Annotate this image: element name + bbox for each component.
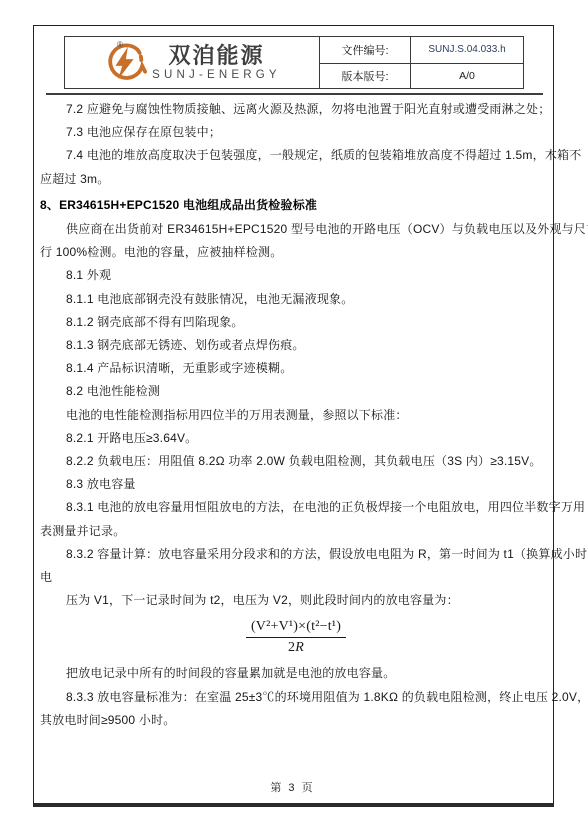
doc-number-label: 文件编号: xyxy=(320,37,410,63)
doc-line: 应超过 3m。 xyxy=(38,168,554,191)
doc-line: 压为 V1，下一记录时间为 t2，电压为 V2，则此段时间内的放电容量为： xyxy=(38,589,554,612)
header-divider-line xyxy=(46,93,543,95)
logo-swirl-lightning-icon xyxy=(103,40,147,86)
doc-line: 8.3.1 电池的放电容量用恒阻放电的方法，在电池的正负极焊接一个电阻放电，用四… xyxy=(38,496,554,519)
brand-name-en: SUNJ-ENERGY xyxy=(152,69,281,81)
doc-line: 电池的电性能检测指标用四位半的万用表测量，参照以下标准： xyxy=(38,404,554,427)
brand-text: 双洎能源 SUNJ-ENERGY xyxy=(152,44,281,81)
doc-line: 8.1.2 钢壳底部不得有凹陷现象。 xyxy=(38,311,554,334)
doc-line: 其放电时间≥9500 小时。 xyxy=(38,709,554,732)
doc-line: 8.1 外观 xyxy=(38,264,554,287)
brand-name-cn: 双洎能源 xyxy=(168,44,264,67)
doc-number-value: SUNJ.S.04.033.h xyxy=(410,37,523,63)
discharge-capacity-formula: (V²+V¹)×(t²−t¹)2R xyxy=(38,612,554,662)
doc-line: 表测量并记录。 xyxy=(38,520,554,543)
page-number: 第 3 页 xyxy=(33,779,552,795)
version-value: A/0 xyxy=(410,63,523,89)
company-logo: ® 双洎能源 SUNJ-ENERGY xyxy=(65,37,320,88)
doc-line: 8.1.1 电池底部钢壳没有鼓胀情况，电池无漏液现象。 xyxy=(38,288,554,311)
doc-line: 电 xyxy=(38,566,554,589)
doc-line: 8.3 放电容量 xyxy=(38,473,554,496)
doc-line: 8.3.2 容量计算：放电容量采用分段求和的方法，假设放电电阻为 R，第一时间为… xyxy=(38,543,554,566)
document-body: 7.2 应避免与腐蚀性物质接触、远离火源及热源，勿将电池置于阳光直射或遭受雨淋之… xyxy=(38,98,554,732)
section-heading: 8、ER34615H+EPC1520 电池组成品出货检验标准 xyxy=(38,194,554,217)
doc-line: 8.2.2 负载电压：用阻值 8.2Ω 功率 2.0W 负载电阻检测，其负载电压… xyxy=(38,450,554,473)
doc-line: 8.2 电池性能检测 xyxy=(38,380,554,403)
registered-trademark-icon: ® xyxy=(117,40,123,49)
doc-line: 7.4 电池的堆放高度取决于包装强度，一般规定，纸质的包装箱堆放高度不得超过 1… xyxy=(38,144,554,167)
doc-line: 8.2.1 开路电压≥3.64V。 xyxy=(38,427,554,450)
doc-line: 8.3.3 放电容量标准为：在室温 25±3℃的环境用阻值为 1.8KΩ 的负载… xyxy=(38,686,554,709)
doc-line: 把放电记录中所有的时间段的容量累加就是电池的放电容量。 xyxy=(38,662,554,685)
doc-line: 行 100%检测。电池的容量，应被抽样检测。 xyxy=(38,241,554,264)
doc-line: 供应商在出货前对 ER34615H+EPC1520 型号电池的开路电压（OCV）… xyxy=(38,218,554,241)
document-page: ® 双洎能源 SUNJ-ENERGY 文件编号: SUNJ.S.04.033.h… xyxy=(0,0,588,817)
version-label: 版本版号: xyxy=(320,63,410,89)
doc-line: 8.1.3 钢壳底部无锈迹、划伤或者点焊伤痕。 xyxy=(38,334,554,357)
doc-line: 7.2 应避免与腐蚀性物质接触、远离火源及热源，勿将电池置于阳光直射或遭受雨淋之… xyxy=(38,98,554,121)
doc-line: 8.1.4 产品标识清晰，无重影或字迹模糊。 xyxy=(38,357,554,380)
doc-line: 7.3 电池应保存在原包装中； xyxy=(38,121,554,144)
document-header-table: ® 双洎能源 SUNJ-ENERGY 文件编号: SUNJ.S.04.033.h… xyxy=(64,36,524,89)
